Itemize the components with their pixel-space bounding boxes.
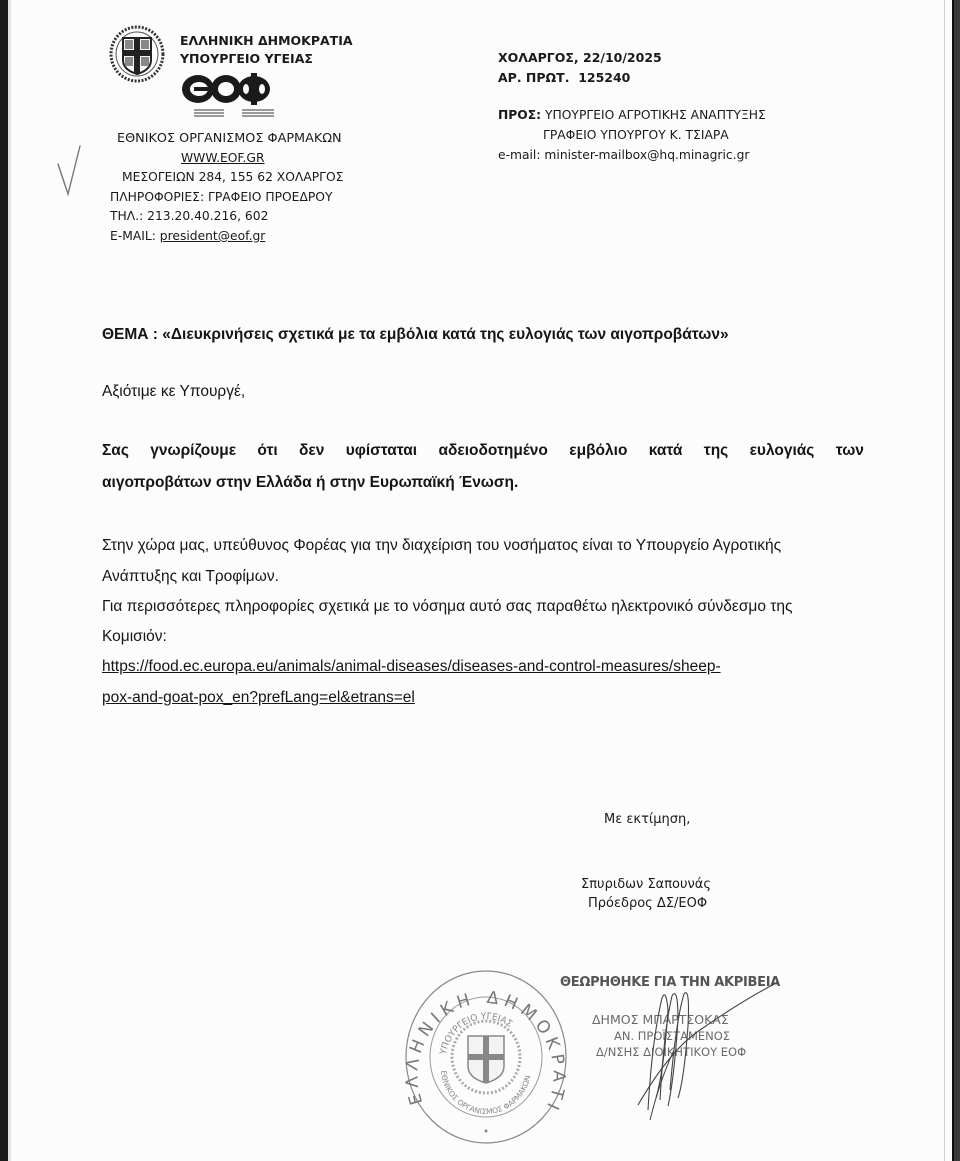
handwritten-signature-icon (630, 980, 780, 1130)
recipient-email-label: e-mail: (498, 148, 541, 162)
paragraph-1-line-1: Σαςγνωρίζουμεότιδενυφίσταταιαδειοδοτημέν… (102, 442, 864, 460)
paragraph-3-line-1: Για περισσότερες πληροφορίες σχετικά με … (102, 598, 792, 616)
scan-border-right-dark (952, 0, 954, 1161)
paragraph-3-line-2: Κομισιόν: (102, 628, 167, 646)
official-seal-icon: ΕΛΛΗΝΙΚΗ ΔΗΜΟΚΡΑΤΙΑ ΥΠΟΥΡΓΕΙΟ ΥΓΕΙΑΣ ΕΘΝ… (403, 968, 568, 1146)
paragraph-2-line-1: Στην χώρα μας, υπεύθυνος Φορέας για την … (102, 537, 781, 555)
scan-border-left-inner (8, 0, 11, 1161)
eof-logo-tagline (194, 108, 274, 118)
paragraph-1-word: της (704, 442, 728, 460)
page-edge-right (944, 0, 945, 1161)
paragraph-1-word: εμβόλιο (569, 442, 627, 460)
paragraph-1-word: δεν (299, 442, 324, 460)
checkmark-icon (54, 144, 84, 200)
recipient-label: ΠΡΟΣ: (498, 108, 541, 122)
subject-line: ΘΕΜΑ : «Διευκρινήσεις σχετικά με τα εμβό… (102, 326, 729, 344)
sender-address: ΜΕΣΟΓΕΙΩΝ 284, 155 62 ΧΟΛΑΡΓΟΣ (122, 170, 343, 184)
signatory-name: Σπυριδων Σαπουνάς (581, 877, 711, 892)
paragraph-1-word: Σας (102, 442, 129, 460)
sender-info: ΠΛΗΡΟΦΟΡΙΕΣ: ΓΡΑΦΕΙΟ ΠΡΟΕΔΡΟΥ (110, 190, 332, 204)
subject-text: «Διευκρινήσεις σχετικά με τα εμβόλια κατ… (162, 326, 728, 343)
protocol-number: 125240 (578, 70, 630, 85)
paragraph-1-word: κατά (649, 442, 683, 460)
sender-website-link[interactable]: WWW.EOF.GR (181, 151, 265, 165)
paragraph-1-word: γνωρίζουμε (150, 442, 236, 460)
recipient-line1: ΥΠΟΥΡΓΕΙΟ ΑΓΡΟΤΙΚΗΣ ΑΝΑΠΤΥΞΗΣ (545, 108, 766, 122)
protocol-label: ΑΡ. ΠΡΩΤ. (498, 70, 569, 85)
commission-link-line-2[interactable]: pox-and-goat-pox_en?prefLang=el&etrans=e… (102, 689, 415, 707)
eof-logo-icon (180, 72, 272, 106)
paragraph-1-word: ότι (257, 442, 277, 460)
sender-country: ΕΛΛΗΝΙΚΗ ΔΗΜΟΚΡΑΤΙΑ (180, 33, 353, 48)
recipient-email[interactable]: minister-mailbox@hq.minagric.gr (544, 148, 749, 162)
recipient-line2: ΓΡΑΦΕΙΟ ΥΠΟΥΡΓΟΥ Κ. ΤΣΙΑΡΑ (543, 128, 729, 142)
sender-ministry: ΥΠΟΥΡΓΕΙΟ ΥΓΕΙΑΣ (180, 51, 313, 66)
paragraph-1-word: υφίσταται (346, 442, 417, 460)
sender-email-row: E-MAIL: president@eof.gr (110, 229, 265, 243)
sender-phone-label: ΤΗΛ.: (110, 209, 143, 223)
signatory-title: Πρόεδρος ΔΣ/ΕΟΦ (588, 896, 707, 911)
protocol-row: ΑΡ. ΠΡΩΤ. 125240 (498, 70, 630, 85)
greek-coat-of-arms-icon (108, 24, 166, 84)
closing-greeting: Με εκτίμηση, (604, 812, 690, 827)
sender-email-label: E-MAIL: (110, 229, 156, 243)
sender-organization: ΕΘΝΙΚΟΣ ΟΡΓΑΝΙΣΜΟΣ ΦΑΡΜΑΚΩΝ (117, 131, 342, 146)
recipient-line1-row: ΠΡΟΣ: ΥΠΟΥΡΓΕΙΟ ΑΓΡΟΤΙΚΗΣ ΑΝΑΠΤΥΞΗΣ (498, 108, 766, 122)
place-date: ΧΟΛΑΡΓΟΣ, 22/10/2025 (498, 50, 662, 65)
sender-phone: 213.20.40.216, 602 (147, 209, 268, 223)
paragraph-1-word: των (836, 442, 864, 460)
paragraph-1-line-2: αιγοπροβάτων στην Ελλάδα ή στην Ευρωπαϊκ… (102, 474, 518, 492)
commission-link-line-1[interactable]: https://food.ec.europa.eu/animals/animal… (102, 658, 721, 676)
paragraph-2-line-2: Ανάπτυξης και Τροφίμων. (102, 568, 279, 586)
scan-border-left (0, 0, 8, 1161)
paragraph-1-word: αδειοδοτημένο (438, 442, 547, 460)
recipient-email-row: e-mail: minister-mailbox@hq.minagric.gr (498, 148, 749, 162)
paragraph-1-word: ευλογιάς (750, 442, 815, 460)
salutation: Αξιότιμε κε Υπουργέ, (102, 383, 245, 401)
sender-email-link[interactable]: president@eof.gr (160, 229, 266, 243)
sender-phone-row: ΤΗΛ.: 213.20.40.216, 602 (110, 209, 268, 223)
subject-label: ΘΕΜΑ : (102, 326, 158, 343)
